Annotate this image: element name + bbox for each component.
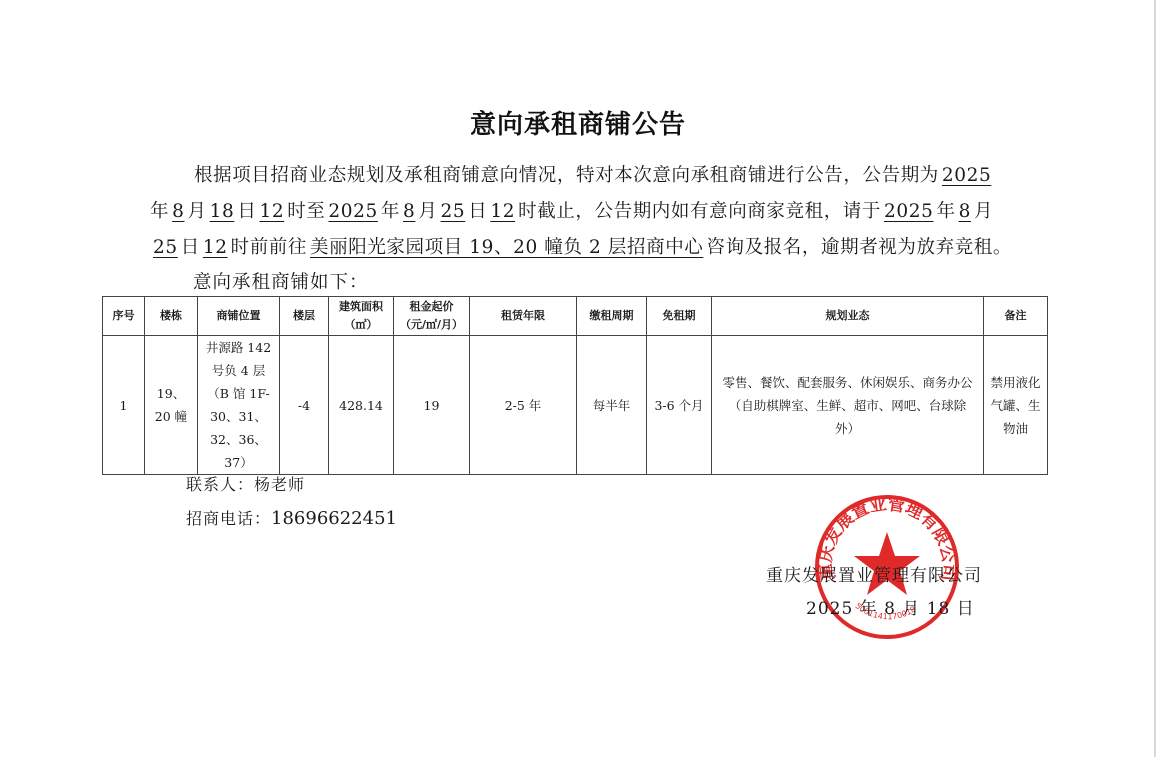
text: 月 [418,201,437,222]
header-building: 楼栋 [145,297,198,336]
header-floor: 楼层 [280,297,329,336]
contact-person-name: 杨老师 [254,475,305,494]
paragraph-line-2: 年8月18日12时至2025年8月25日12时截止，公告期内如有意向商家竞租，请… [150,194,990,230]
underlined-location: 美丽阳光家园项目 19、20 幢负 2 层招商中心 [307,237,706,258]
text: 咨询及报名，逾期者视为放弃竞租。 [706,237,1012,258]
cell-business-type: 零售、餐饮、配套服务、休闲娱乐、商务办公（自助棋牌室、生鲜、超市、网吧、台球除外… [712,336,984,475]
underlined-year: 2025 [881,201,936,222]
document-title: 意向承租商铺公告 [0,104,1156,141]
list-intro: 意向承租商铺如下： [193,268,369,294]
text: 月 [187,201,206,222]
cell-lease-term: 2-5 年 [470,336,577,475]
cell-rent-free: 3-6 个月 [647,336,712,475]
cell-rent: 19 [394,336,470,475]
cell-payment-cycle: 每半年 [577,336,647,475]
underlined-day: 25 [437,201,468,222]
contact-phone-number: 18696622451 [271,508,397,529]
underlined-month: 8 [956,201,974,222]
header-lease-term: 租赁年限 [470,297,577,336]
cell-building: 19、20 幢 [145,336,198,475]
underlined-month: 8 [169,201,187,222]
shop-table: 序号 楼栋 商铺位置 楼层 建筑面积（㎡） 租金起价（元/㎡/月） 租赁年限 缴… [102,296,1048,475]
announcement-paragraph: 根据项目招商业态规划及承租商铺意向情况，特对本次意向承租商铺进行公告，公告期为2… [150,158,990,266]
header-business-type: 规划业态 [712,297,984,336]
underlined-year: 2025 [325,201,380,222]
header-remark: 备注 [984,297,1048,336]
text: 年 [936,201,955,222]
cell-location: 井源路 142 号负 4 层（B 馆 1F-30、31、32、36、37） [198,336,280,475]
underlined-month: 8 [400,201,418,222]
underlined-hour: 12 [487,201,518,222]
text: 时至 [287,201,325,222]
cell-floor: -4 [280,336,329,475]
underlined-hour: 12 [200,237,231,258]
text: 时前前往 [231,237,307,258]
text: 时截止，公告期内如有意向商家竞租，请于 [518,201,881,222]
cell-index: 1 [103,336,145,475]
paragraph-line-3: 25日12时前前往美丽阳光家园项目 19、20 幢负 2 层招商中心咨询及报名，… [150,230,990,266]
text: 日 [468,201,487,222]
text: 年 [150,201,169,222]
contact-phone-label: 招商电话： [186,509,271,528]
cell-remark: 禁用液化气罐、生物油 [984,336,1048,475]
contact-person-label: 联系人： [186,475,254,494]
text: 年 [381,201,400,222]
header-payment-cycle: 缴租周期 [577,297,647,336]
header-location: 商铺位置 [198,297,280,336]
underlined-year: 2025 [939,165,994,186]
contact-person: 联系人：杨老师 [186,472,305,495]
underlined-day: 18 [207,201,238,222]
text: 日 [237,201,256,222]
table-header-row: 序号 楼栋 商铺位置 楼层 建筑面积（㎡） 租金起价（元/㎡/月） 租赁年限 缴… [103,297,1048,336]
header-rent: 租金起价（元/㎡/月） [394,297,470,336]
header-index: 序号 [103,297,145,336]
cell-area: 428.14 [329,336,394,475]
signature-date: 2025 年 8 月 18 日 [806,594,975,619]
text: 月 [974,201,993,222]
contact-phone: 招商电话：18696622451 [186,506,397,529]
text: 日 [181,237,200,258]
paragraph-line-1: 根据项目招商业态规划及承租商铺意向情况，特对本次意向承租商铺进行公告，公告期为2… [150,158,990,194]
text: 根据项目招商业态规划及承租商铺意向情况，特对本次意向承租商铺进行公告，公告期为 [194,165,939,186]
header-area: 建筑面积（㎡） [329,297,394,336]
table-row: 1 19、20 幢 井源路 142 号负 4 层（B 馆 1F-30、31、32… [103,336,1048,475]
signature-company: 重庆发展置业管理有限公司 [766,561,982,586]
header-rent-free: 免租期 [647,297,712,336]
underlined-hour: 12 [256,201,287,222]
underlined-day: 25 [150,237,181,258]
